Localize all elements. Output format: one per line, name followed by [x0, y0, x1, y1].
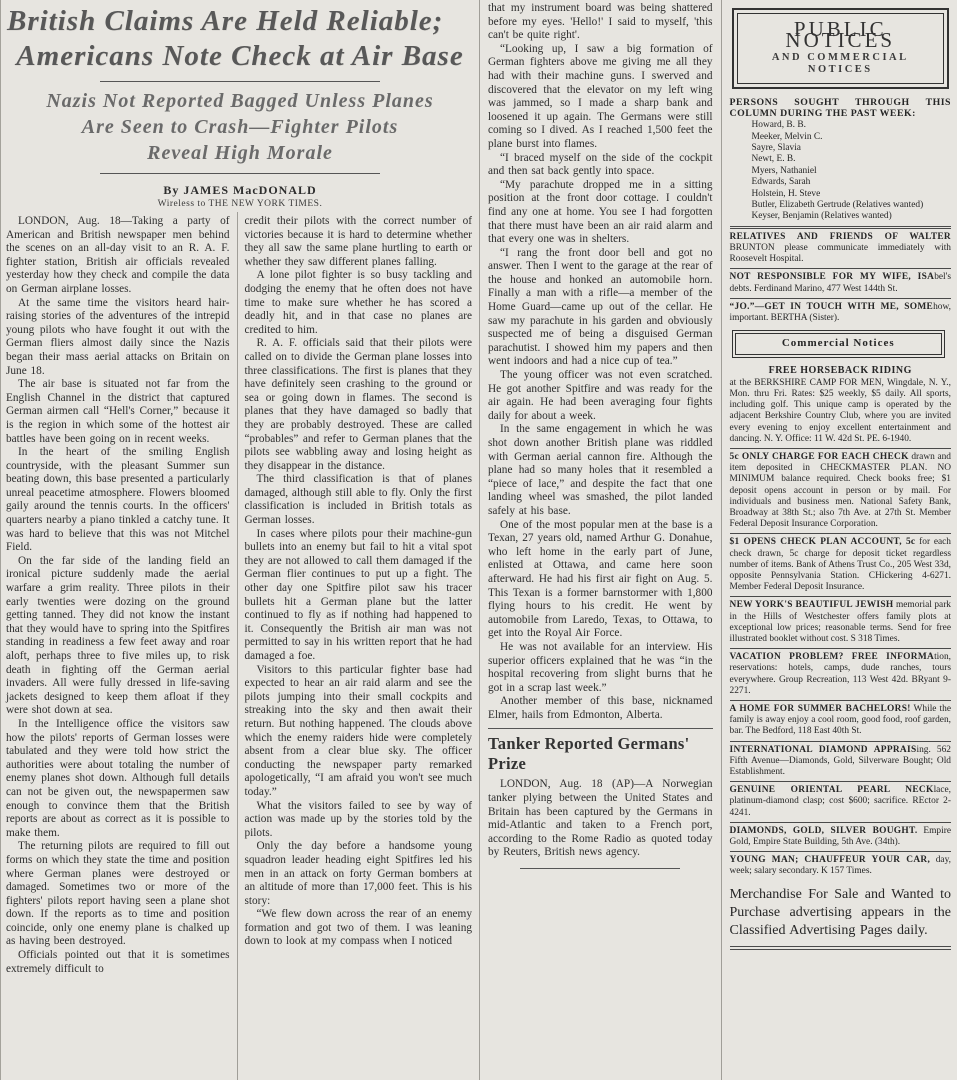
article-columns: LONDON, Aug. 18—Taking a party of Americ… [1, 212, 479, 1080]
subheadline-rule [100, 173, 380, 174]
notice-item: “JO.”—GET IN TOUCH WITH ME, SOMEhow, imp… [730, 302, 952, 324]
article-paragraph: In the same engagement in which he was s… [488, 423, 713, 518]
notice-item: RELATIVES AND FRIENDS OF WALTER BRUNTON … [730, 232, 952, 266]
notice-item: A HOME FOR SUMMER BACHELORS! While the f… [730, 704, 952, 738]
person-entry: Sayre, Slavia [752, 143, 952, 154]
notice-item: $1 OPENS CHECK PLAN ACCOUNT, 5c for each… [730, 537, 952, 593]
notice-item: VACATION PROBLEM? FREE INFORMAtion, rese… [730, 652, 952, 697]
notice-lead: VACATION PROBLEM? FREE INFORMA [730, 652, 935, 662]
tanker-article-rule [488, 728, 713, 729]
article-paragraph: Officials pointed out that it is sometim… [6, 949, 230, 976]
notice-divider [730, 700, 952, 701]
main-article: British Claims Are Held Reliable; Americ… [1, 0, 480, 1080]
article-paragraph: that my instrument board was being shatt… [488, 2, 713, 43]
article-paragraph: The third classification is that of plan… [245, 473, 473, 527]
article-paragraph: “Looking up, I saw a big formation of Ge… [488, 43, 713, 152]
byline: By JAMES MacDONALD [1, 183, 479, 198]
notice-divider [730, 851, 952, 852]
notice-divider [730, 596, 952, 597]
subheadline: Nazis Not Reported Bagged Unless Planes … [1, 88, 479, 166]
article-paragraph: The young officer was not even scratched… [488, 369, 713, 423]
article-paragraph: In the heart of the smiling English coun… [6, 446, 230, 555]
headline-block: British Claims Are Held Reliable; Americ… [1, 0, 479, 212]
notice-lead: A HOME FOR SUMMER BACHELORS! [730, 704, 911, 714]
article-paragraph: The returning pilots are required to fil… [6, 840, 230, 949]
notice-divider [730, 741, 952, 742]
person-entry: Newt, E. B. [752, 154, 952, 165]
article-paragraph: A lone pilot fighter is so busy tackling… [245, 269, 473, 337]
notice-divider [730, 533, 952, 534]
notice-item: GENUINE ORIENTAL PEARL NECKlace, platinu… [730, 785, 952, 819]
public-notices-box: PUBLIC NOTICES AND COMMERCIAL NOTICES [732, 8, 950, 89]
classified-footer-note: Merchandise For Sale and Wanted to Purch… [730, 886, 952, 940]
commercial-notices-box: Commercial Notices [732, 330, 946, 357]
tanker-headline: Tanker Reported Germans' Prize [488, 734, 713, 774]
article-paragraph: Another member of this base, nicknamed E… [488, 695, 713, 722]
public-notices-column: PUBLIC NOTICES AND COMMERCIAL NOTICES PE… [722, 0, 957, 1080]
article-paragraph: R. A. F. officials said that their pilot… [245, 337, 473, 473]
article-paragraph: credit their pilots with the correct num… [245, 215, 473, 269]
person-entry: Butler, Elizabeth Gertrude (Relatives wa… [752, 200, 952, 211]
notice-lead: DIAMONDS, GOLD, SILVER BOUGHT. [730, 826, 918, 836]
person-entry: Meeker, Melvin C. [752, 132, 952, 143]
article-paragraph: Visitors to this particular fighter base… [245, 664, 473, 800]
public-notices-subtitle: AND COMMERCIAL NOTICES [742, 52, 940, 74]
footer-rule [730, 946, 952, 950]
notice-lead: NEW YORK'S BEAUTIFUL JEWISH [730, 600, 894, 610]
persons-sought-list: Howard, B. B. Meeker, Melvin C. Sayre, S… [752, 120, 952, 223]
notice-item: NOT RESPONSIBLE FOR MY WIFE, ISAbel's de… [730, 272, 952, 294]
article-column-3: that my instrument board was being shatt… [480, 0, 722, 1080]
notice-item: at the BERKSHIRE CAMP FOR MEN, Wingdale,… [730, 378, 952, 445]
tanker-end-rule [520, 868, 680, 869]
notice-lead: RELATIVES AND FRIENDS OF WALTER [730, 232, 952, 242]
headline-rule [100, 81, 380, 82]
notice-divider [730, 648, 952, 649]
notice-lead: “JO.”—GET IN TOUCH WITH ME, SOME [730, 302, 934, 312]
public-notices-title: PUBLIC NOTICES [742, 24, 940, 46]
article-paragraph: “My parachute dropped me in a sitting po… [488, 179, 713, 247]
public-notices-box-inner: PUBLIC NOTICES AND COMMERCIAL NOTICES [737, 13, 945, 84]
notice-body: drawn and item deposited in CHECKMASTER … [730, 452, 952, 529]
article-paragraph: “We flew down across the rear of an enem… [245, 908, 473, 949]
notice-lead: YOUNG MAN; CHAUFFEUR YOUR CAR, [730, 855, 931, 865]
notice-item: 5c ONLY CHARGE FOR EACH CHECK drawn and … [730, 452, 952, 530]
article-paragraph: He was not available for an interview. H… [488, 641, 713, 695]
person-entry: Keyser, Benjamin (Relatives wanted) [752, 211, 952, 222]
person-entry: Myers, Nathaniel [752, 166, 952, 177]
article-column-2: credit their pilots with the correct num… [238, 212, 480, 1080]
person-entry: Holstein, H. Steve [752, 189, 952, 200]
notice-lead: FREE HORSEBACK RIDING [730, 365, 952, 376]
notice-lead: INTERNATIONAL DIAMOND APPRAIS [730, 745, 917, 755]
notice-divider [730, 781, 952, 782]
notice-divider [730, 822, 952, 823]
subheadline-line-2: Are Seen to Crash—Fighter Pilots [1, 114, 479, 140]
article-paragraph: At the same time the visitors heard hair… [6, 297, 230, 379]
article-paragraph: What the visitors failed to see by way o… [245, 800, 473, 841]
headline-line-1: British Claims Are Held Reliable; [1, 4, 479, 39]
byline-source: Wireless to THE NEW YORK TIMES. [1, 199, 479, 209]
article-column-1: LONDON, Aug. 18—Taking a party of Americ… [1, 212, 238, 1080]
notice-divider [730, 226, 952, 229]
newspaper-page: British Claims Are Held Reliable; Americ… [0, 0, 957, 1080]
article-paragraph: “I rang the front door bell and got no a… [488, 247, 713, 369]
notice-divider [730, 448, 952, 449]
commercial-notices-header: Commercial Notices [735, 333, 943, 354]
subheadline-line-1: Nazis Not Reported Bagged Unless Planes [1, 88, 479, 114]
notice-lead: 5c ONLY CHARGE FOR EACH CHECK [730, 452, 909, 462]
persons-sought-heading: PERSONS SOUGHT THROUGH THIS COLUMN DURIN… [730, 97, 952, 119]
person-entry: Edwards, Sarah [752, 177, 952, 188]
article-paragraph: LONDON, Aug. 18—Taking a party of Americ… [6, 215, 230, 297]
headline-line-2: Americans Note Check at Air Base [1, 39, 479, 74]
notice-body: BRUNTON please communicate immediately w… [730, 243, 952, 264]
notice-lead: NOT RESPONSIBLE FOR MY WIFE, ISA [730, 272, 935, 282]
notice-item: YOUNG MAN; CHAUFFEUR YOUR CAR, day, week… [730, 855, 952, 877]
article-paragraph: In the Intelligence office the visitors … [6, 718, 230, 840]
article-paragraph: “I braced myself on the side of the cock… [488, 152, 713, 179]
article-paragraph: One of the most popular men at the base … [488, 519, 713, 641]
notice-item: DIAMONDS, GOLD, SILVER BOUGHT. Empire Go… [730, 826, 952, 848]
notice-divider [730, 268, 952, 269]
notice-lead: GENUINE ORIENTAL PEARL NECK [730, 785, 934, 795]
article-paragraph: In cases where pilots pour their machine… [245, 528, 473, 664]
article-paragraph: Only the day before a handsome young squ… [245, 840, 473, 908]
subheadline-line-3: Reveal High Morale [1, 140, 479, 166]
main-headline: British Claims Are Held Reliable; Americ… [1, 4, 479, 74]
tanker-paragraph: LONDON, Aug. 18 (AP)—A Norwegian tanker … [488, 778, 713, 860]
notice-lead: $1 OPENS CHECK PLAN ACCOUNT, 5c [730, 537, 916, 547]
article-paragraph: On the far side of the landing field an … [6, 555, 230, 718]
person-entry: Howard, B. B. [752, 120, 952, 131]
notice-item: NEW YORK'S BEAUTIFUL JEWISH memorial par… [730, 600, 952, 645]
notice-divider [730, 298, 952, 299]
notice-item: INTERNATIONAL DIAMOND APPRAISing. 562 Fi… [730, 745, 952, 779]
article-paragraph: The air base is situated not far from th… [6, 378, 230, 446]
